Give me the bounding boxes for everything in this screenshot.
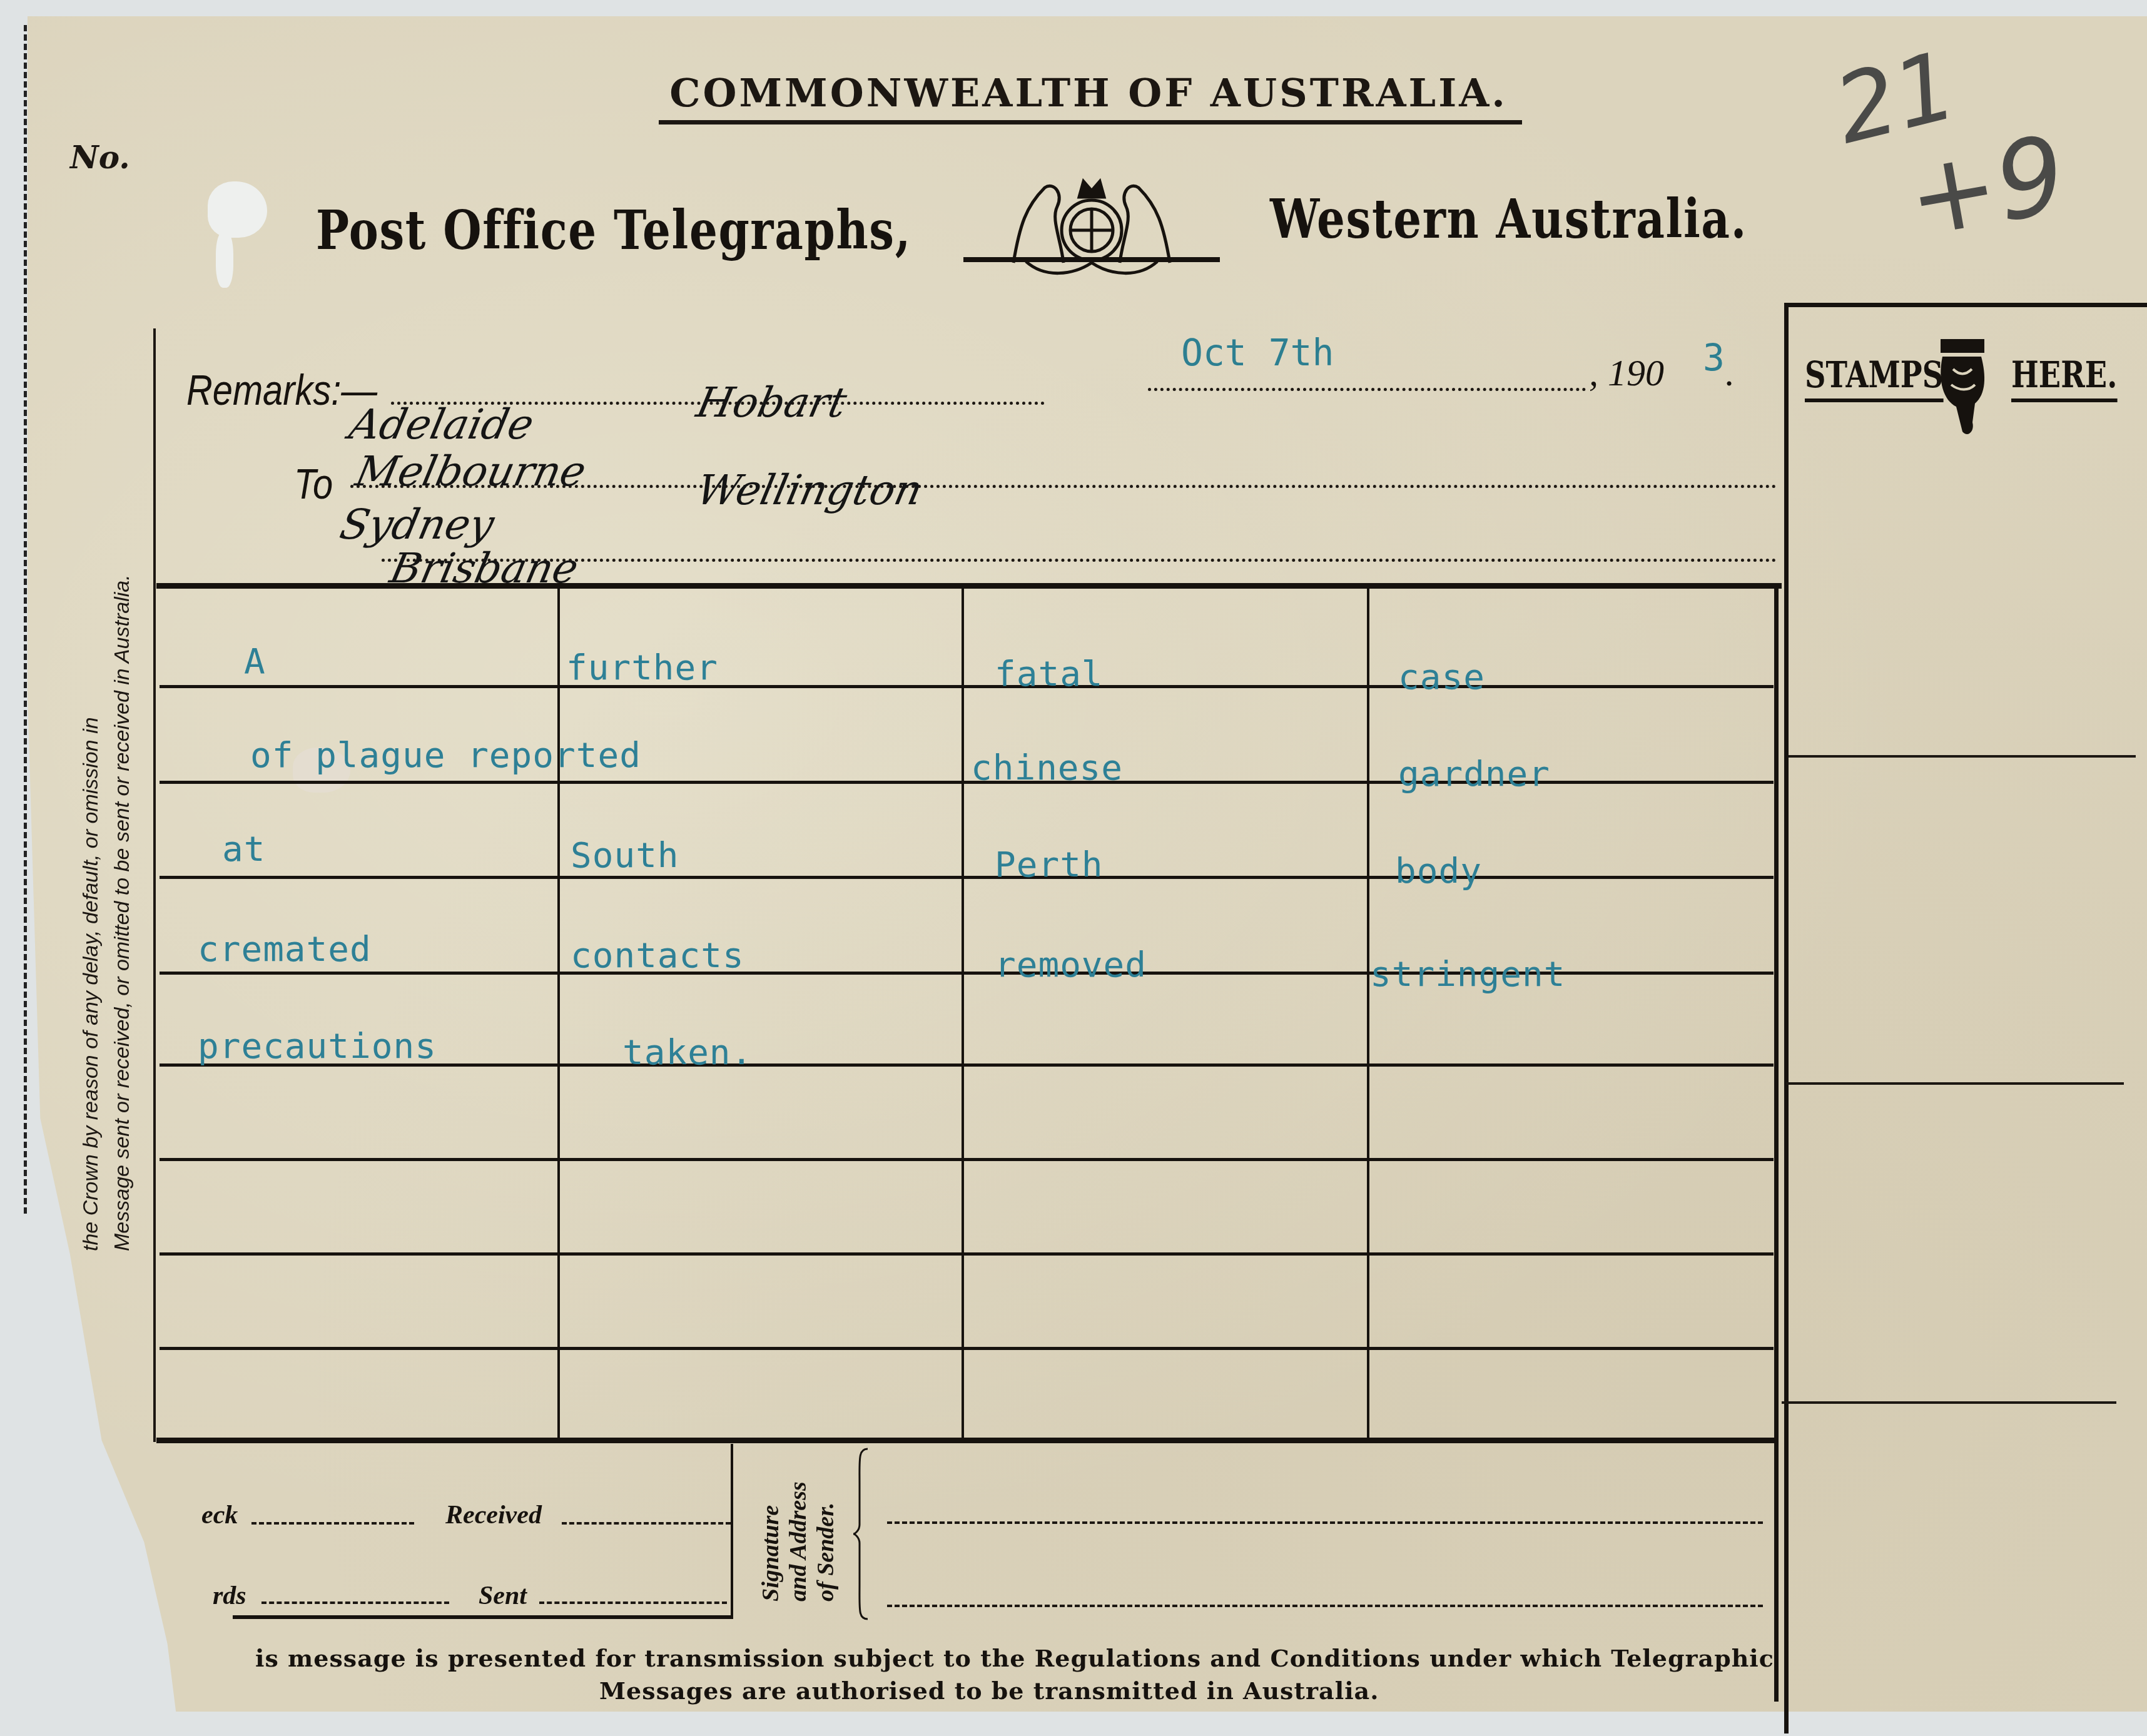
destination-hobart[interactable]: Hobart: [693, 378, 851, 427]
message-word: precautions: [198, 1026, 437, 1067]
message-word: A: [244, 641, 266, 682]
grid-bottom-divider: [156, 1438, 1777, 1443]
message-word: contacts: [571, 935, 744, 976]
paper-tear: [216, 231, 233, 288]
message-word: Perth: [995, 845, 1104, 885]
grid-row-line: [160, 685, 1774, 688]
message-word: taken.: [622, 1032, 753, 1073]
title-underline: [659, 120, 1522, 124]
stamp-area-divider: [1789, 755, 2136, 758]
message-word: gardner: [1398, 754, 1550, 794]
destination-melbourne[interactable]: Melbourne: [352, 447, 591, 495]
grid-row-line: [160, 876, 1774, 879]
margin-disclaimer-line-2: Message sent or received, or omitted to …: [106, 574, 138, 1251]
office-fields-right-border: [731, 1444, 733, 1619]
sent-label: Sent: [479, 1581, 527, 1611]
message-word: removed: [995, 945, 1147, 985]
royal-coat-of-arms-icon: [951, 169, 1232, 275]
check-label: eck: [201, 1500, 238, 1530]
destination-wellington[interactable]: Wellington: [693, 466, 927, 514]
form-frame-right: [1774, 588, 1779, 1702]
message-word: further: [566, 647, 718, 688]
year-period: .: [1725, 352, 1735, 395]
words-field[interactable]: [261, 1601, 449, 1604]
address-dotted-line: [382, 559, 1777, 562]
message-word: case: [1398, 657, 1485, 698]
stamp-area-divider: [1782, 1401, 2116, 1404]
brace-icon: [852, 1446, 871, 1622]
message-word: at: [222, 829, 265, 870]
form-number-label: No.: [70, 139, 130, 176]
grid-column-divider: [557, 588, 560, 1439]
received-field[interactable]: [562, 1522, 731, 1525]
page-title: COMMONWEALTH OF AUSTRALIA.: [651, 70, 1526, 116]
message-word: of plague reported: [250, 735, 641, 776]
form-frame-left: [153, 328, 156, 1442]
grid-row-line: [160, 1252, 1774, 1256]
grid-column-divider: [962, 588, 964, 1439]
sender-label-line-1: Signature: [757, 1481, 784, 1601]
stamp-area-divider: [1786, 1082, 2124, 1085]
stamps-label: STAMPS: [1805, 353, 1943, 402]
received-label: Received: [445, 1500, 542, 1530]
to-label: To: [294, 460, 333, 509]
message-word: stringent: [1370, 954, 1565, 995]
date-typed[interactable]: Oct 7th: [1181, 332, 1334, 374]
words-label: rds: [213, 1581, 246, 1611]
date-dotted-line: [1148, 388, 1586, 391]
perforation-line: [24, 25, 27, 1214]
footer-conditions-line-1: is message is presented for transmission…: [255, 1644, 1774, 1672]
sender-address-field[interactable]: [887, 1605, 1763, 1607]
check-field[interactable]: [251, 1522, 414, 1525]
margin-disclaimer: the Crown by reason of any delay, defaul…: [75, 574, 138, 1251]
stamps-box: [1784, 303, 2147, 1733]
sent-field[interactable]: [539, 1601, 727, 1604]
sender-signature-field[interactable]: [887, 1521, 1763, 1524]
year-typed-digit[interactable]: 3: [1703, 337, 1725, 379]
pointing-hand-icon: [1937, 338, 1987, 438]
office-fields-bottom-border: [233, 1615, 733, 1619]
message-word: South: [571, 835, 679, 876]
message-word: chinese: [971, 748, 1123, 788]
message-word: fatal: [995, 654, 1104, 694]
year-printed: , 190: [1589, 352, 1664, 395]
footer-conditions-line-2: Messages are authorised to be transmitte…: [599, 1677, 1379, 1705]
here-label: HERE.: [2011, 353, 2117, 402]
paper-tear: [208, 181, 267, 238]
remarks-label: Remarks:—: [186, 366, 377, 415]
service-name-right: Western Australia.: [1270, 188, 1747, 251]
sender-signature-label: Signature and Address of Sender.: [757, 1481, 840, 1601]
grid-row-line: [160, 1347, 1774, 1350]
address-divider: [156, 583, 1782, 589]
grid-row-line: [160, 1158, 1774, 1161]
message-word: cremated: [198, 929, 372, 970]
destination-sydney[interactable]: Sydney: [336, 500, 499, 549]
sender-label-line-2: and Address: [784, 1481, 812, 1601]
sender-label-line-3: of Sender.: [812, 1481, 840, 1601]
service-name-left: Post Office Telegraphs,: [316, 199, 911, 262]
grid-column-divider: [1367, 588, 1369, 1439]
destination-adelaide[interactable]: Adelaide: [345, 400, 538, 449]
message-word: body: [1395, 851, 1482, 891]
margin-disclaimer-line-1: the Crown by reason of any delay, defaul…: [75, 574, 106, 1251]
